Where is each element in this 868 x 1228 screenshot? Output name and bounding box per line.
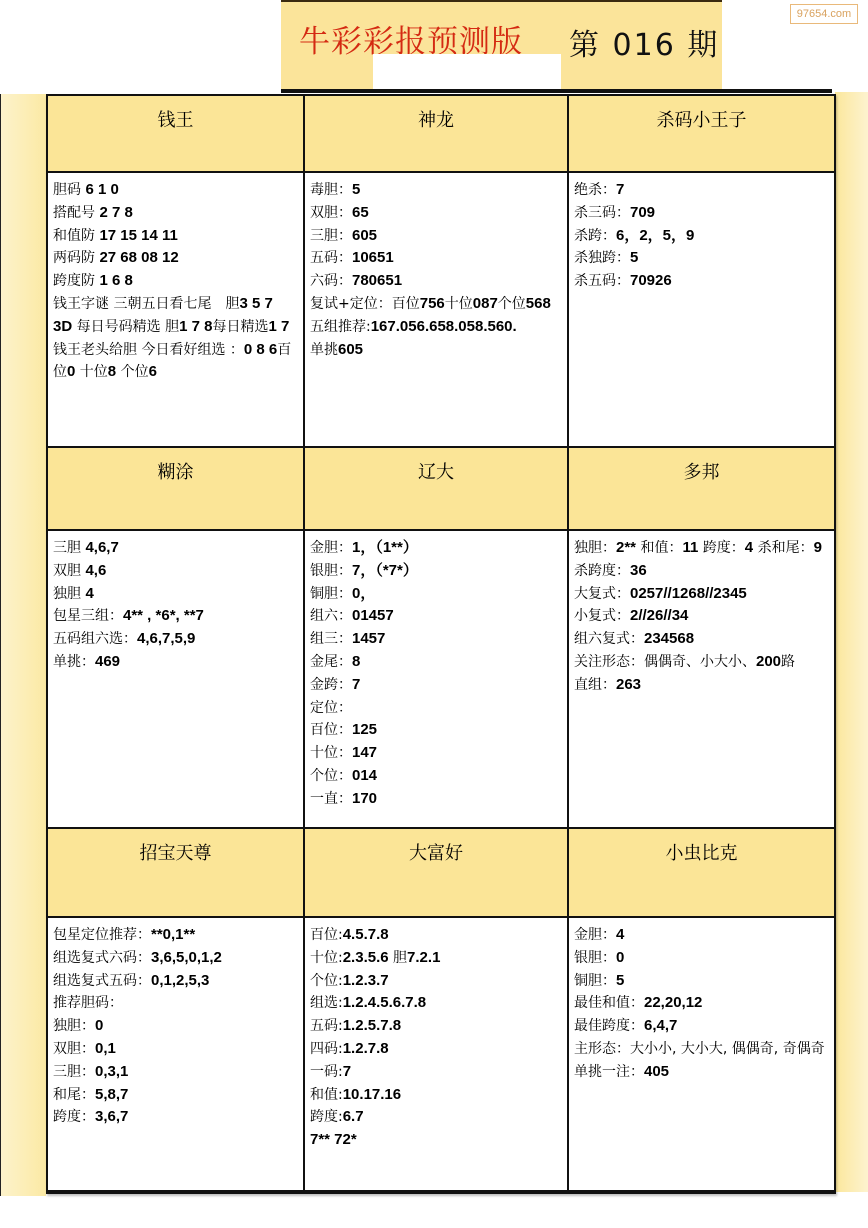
expert-predictions: 独胆：2** 和值：11 跨度：4 杀和尾：9 杀跨度：36大复式：0257//…	[569, 531, 834, 829]
prediction-label: 组选复式六码：	[53, 950, 151, 966]
prediction-value: 1.2.4.5.6.7.8	[343, 994, 426, 1011]
prediction-line: 四码:1.2.7.8	[310, 1038, 562, 1061]
prediction-line: 组选:1.2.4.5.6.7.8	[310, 992, 562, 1015]
prediction-label: 绝杀：	[574, 182, 616, 198]
prediction-line: 双胆：65	[310, 202, 562, 225]
prediction-value: 1 7 8	[179, 318, 212, 335]
prediction-label: 个位	[498, 296, 526, 312]
prediction-label: 跨度防	[53, 273, 99, 289]
prediction-value: 605	[352, 227, 377, 244]
prediction-line: 跨度:6.7	[310, 1106, 562, 1129]
prediction-line: 和值:10.17.16	[310, 1084, 562, 1107]
expert-name-header: 神龙	[305, 96, 569, 173]
prediction-line: 杀五码：70926	[574, 270, 829, 293]
prediction-value: 8	[352, 653, 360, 670]
prediction-label: 五码组六选：	[53, 631, 137, 647]
prediction-label: 金尾：	[310, 654, 352, 670]
prediction-label: 双胆：	[310, 205, 352, 221]
prediction-label: 百位:	[310, 927, 343, 943]
prediction-label: 组六复式：	[574, 631, 644, 647]
left-edge-line	[0, 94, 1, 1196]
header-divider	[281, 89, 832, 93]
prediction-line: 最佳跨度：6,4,7	[574, 1015, 829, 1038]
prediction-line: 组三：1457	[310, 628, 562, 651]
prediction-label: 钱王老头给胆 今日看好组选 ：	[53, 342, 244, 358]
prediction-label: 跨度:	[310, 1109, 343, 1125]
prediction-value: 7** 72*	[310, 1131, 357, 1148]
prediction-line: 双胆：0,1	[53, 1038, 298, 1061]
expert-name-header: 招宝天尊	[48, 829, 305, 918]
prediction-line: 独胆：2** 和值：11 跨度：4 杀和尾：9 杀跨度：36	[574, 537, 829, 583]
prediction-line: 百位:4.5.7.8	[310, 924, 562, 947]
prediction-label: 直组：	[574, 677, 616, 693]
prediction-line: 组选复式五码：0,1,2,5,3	[53, 970, 298, 993]
prediction-line: 双胆 4,6	[53, 560, 298, 583]
prediction-line: 银胆：7，（*7*）	[310, 560, 562, 583]
prediction-line: 组选复式六码：3,6,5,0,1,2	[53, 947, 298, 970]
prediction-line: 金胆：4	[574, 924, 829, 947]
prediction-line: 杀独跨：5	[574, 247, 829, 270]
prediction-line: 单挑一注：405	[574, 1061, 829, 1084]
prediction-value: 7	[343, 1063, 351, 1080]
prediction-label: 十位：	[310, 745, 352, 761]
prediction-label: 搭配号	[53, 205, 99, 221]
prediction-label: 铜胆：	[310, 586, 352, 602]
prediction-value: 2**	[616, 539, 636, 556]
page-header: 牛彩彩报预测版 第 016 期	[281, 0, 722, 92]
prediction-line: 杀跨：6，2，5，9	[574, 225, 829, 248]
prediction-label: 每日精选	[212, 319, 268, 335]
prediction-value: 5	[616, 972, 624, 989]
prediction-label: 一码:	[310, 1064, 343, 1080]
prediction-line: 金胆：1，（1**）	[310, 537, 562, 560]
prediction-label: 小复式：	[574, 608, 630, 624]
prediction-value: 65	[352, 204, 369, 221]
expert-predictions: 三胆 4,6,7双胆 4,6独胆 4包星三组：4** , *6*, **7五码组…	[48, 531, 305, 829]
prediction-value: 0,3,1	[95, 1063, 128, 1080]
prediction-value: **0,1**	[151, 926, 195, 943]
prediction-line: 五码：10651	[310, 247, 562, 270]
prediction-value: 4.5.7.8	[343, 926, 389, 943]
prediction-line: 单挑605	[310, 339, 562, 362]
prediction-label: 杀跨度：	[574, 563, 630, 579]
prediction-label: 包星三组：	[53, 608, 123, 624]
prediction-value: 9	[814, 539, 822, 556]
prediction-value: 4** , *6*, **7	[123, 607, 204, 624]
prediction-label: 定位：	[310, 700, 352, 716]
prediction-label: 主形态：大小小, 大小大, 偶偶奇, 奇偶奇	[574, 1041, 825, 1057]
prediction-value: 27 68 08 12	[99, 249, 178, 266]
prediction-label: 胆	[389, 950, 407, 966]
prediction-value: 5	[352, 181, 360, 198]
prediction-label: 一直：	[310, 791, 352, 807]
prediction-label: 独胆：	[53, 1018, 95, 1034]
prediction-value: 1 6 8	[99, 272, 132, 289]
prediction-value: 405	[644, 1063, 669, 1080]
prediction-label: 单挑	[310, 342, 338, 358]
prediction-label: 和值：	[636, 540, 682, 556]
prediction-label: 铜胆：	[574, 973, 616, 989]
prediction-line: 个位：014	[310, 765, 562, 788]
prediction-line: 小复式：2//26//34	[574, 605, 829, 628]
prediction-value: 147	[352, 744, 377, 761]
prediction-label: 最佳和值：	[574, 995, 644, 1011]
prediction-label: 三胆：	[310, 228, 352, 244]
prediction-label: 双胆：	[53, 1041, 95, 1057]
prediction-value: 014	[352, 767, 377, 784]
prediction-label: 跨度：	[53, 1109, 95, 1125]
prediction-line: 独胆 4	[53, 583, 298, 606]
prediction-label: 大复式：	[574, 586, 630, 602]
prediction-value: 10651	[352, 249, 394, 266]
prediction-value: 234568	[644, 630, 694, 647]
left-decor-strip	[0, 94, 46, 1196]
prediction-label: 和值防	[53, 228, 99, 244]
prediction-value: 7	[616, 181, 624, 198]
prediction-label: 六码：	[310, 273, 352, 289]
expert-name-header: 杀码小王子	[569, 96, 834, 173]
prediction-label: 金胆：	[574, 927, 616, 943]
prediction-value: 10.17.16	[343, 1086, 401, 1103]
prediction-line: 跨度防 1 6 8	[53, 270, 298, 293]
prediction-value: 6 1 0	[85, 181, 118, 198]
prediction-value: 709	[630, 204, 655, 221]
prediction-line: 独胆：0	[53, 1015, 298, 1038]
prediction-label: 独胆	[53, 586, 85, 602]
expert-name-header: 多邦	[569, 448, 834, 531]
prediction-label: 钱王字谜 三朝五日看七尾 胆	[53, 296, 239, 312]
prediction-line: 三胆 4,6,7	[53, 537, 298, 560]
prediction-label: 推荐胆码：	[53, 995, 123, 1011]
prediction-value: 3 5 7	[239, 295, 272, 312]
prediction-label: 十位	[75, 364, 107, 380]
prediction-label: 三胆	[53, 540, 85, 556]
prediction-label: 组三：	[310, 631, 352, 647]
prediction-label: 关注形态：偶偶奇、小大小、	[574, 654, 756, 670]
prediction-value: 568	[526, 295, 551, 312]
prediction-label: 胆码	[53, 182, 85, 198]
watermark: 97654.com	[790, 4, 858, 24]
prediction-value: 70926	[630, 272, 672, 289]
prediction-value: 0,1	[95, 1040, 116, 1057]
prediction-line: 五码组六选：4,6,7,5,9	[53, 628, 298, 651]
prediction-value: 6.7	[343, 1108, 364, 1125]
expert-predictions: 胆码 6 1 0搭配号 2 7 8和值防 17 15 14 11两码防 27 6…	[48, 173, 305, 448]
prediction-value: 263	[616, 676, 641, 693]
prediction-line: 铜胆：5	[574, 970, 829, 993]
prediction-line: 一直：170	[310, 788, 562, 811]
expert-predictions: 金胆：1，（1**）银胆：7，（*7*）铜胆：0，组六：01457组三：1457…	[305, 531, 569, 829]
prediction-value: 3D	[53, 318, 72, 335]
prediction-value: 200	[756, 653, 781, 670]
prediction-label: 两码防	[53, 250, 99, 266]
prediction-value: 5,8,7	[95, 1086, 128, 1103]
prediction-value: 1 7	[268, 318, 289, 335]
prediction-value: 0，	[352, 585, 375, 602]
prediction-label: 杀三码：	[574, 205, 630, 221]
prediction-label: 银胆：	[310, 563, 352, 579]
prediction-line: 3D 每日号码精选 胆1 7 8每日精选1 7	[53, 316, 298, 339]
prediction-line: 和值防 17 15 14 11	[53, 225, 298, 248]
prediction-label: 组六：	[310, 608, 352, 624]
expert-name-header: 钱王	[48, 96, 305, 173]
prediction-label: 十位	[445, 296, 473, 312]
prediction-value: 3,6,5,0,1,2	[151, 949, 222, 966]
prediction-value: 7.2.1	[407, 949, 440, 966]
prediction-line: 金尾：8	[310, 651, 562, 674]
prediction-value: 605	[338, 341, 363, 358]
prediction-line: 包星三组：4** , *6*, **7	[53, 605, 298, 628]
prediction-line: 组六：01457	[310, 605, 562, 628]
expert-predictions: 绝杀：7杀三码：709杀跨：6，2，5，9杀独跨：5杀五码：70926	[569, 173, 834, 448]
prediction-value: 469	[95, 653, 120, 670]
prediction-label: 银胆：	[574, 950, 616, 966]
prediction-label: 跨度：	[698, 540, 744, 556]
prediction-line: 百位：125	[310, 719, 562, 742]
prediction-line: 关注形态：偶偶奇、小大小、200路	[574, 651, 829, 674]
prediction-label: 四码:	[310, 1041, 343, 1057]
expert-name-header: 大富好	[305, 829, 569, 918]
prediction-label: 个位：	[310, 768, 352, 784]
prediction-line: 直组：263	[574, 674, 829, 697]
prediction-line: 杀三码：709	[574, 202, 829, 225]
prediction-line: 五码:1.2.5.7.8	[310, 1015, 562, 1038]
prediction-line: 三胆：605	[310, 225, 562, 248]
prediction-value: 756	[420, 295, 445, 312]
prediction-line: 十位:2.3.5.6 胆7.2.1	[310, 947, 562, 970]
prediction-line: 胆码 6 1 0	[53, 179, 298, 202]
prediction-label: 五码：	[310, 250, 352, 266]
prediction-value: 7	[352, 676, 360, 693]
prediction-label: 复试+定位：百位	[310, 296, 420, 312]
prediction-label: 组选复式五码：	[53, 973, 151, 989]
prediction-value: 0,1,2,5,3	[151, 972, 209, 989]
prediction-label: 百位：	[310, 722, 352, 738]
prediction-value: 6,4,7	[644, 1017, 677, 1034]
prediction-value: 4,6,7	[85, 539, 118, 556]
prediction-label: 单挑：	[53, 654, 95, 670]
prediction-value: 01457	[352, 607, 394, 624]
prediction-line: 和尾：5,8,7	[53, 1084, 298, 1107]
prediction-line: 单挑：469	[53, 651, 298, 674]
prediction-value: 6	[149, 363, 157, 380]
prediction-line: 个位:1.2.3.7	[310, 970, 562, 993]
prediction-label: 双胆	[53, 563, 85, 579]
prediction-value: 17 15 14 11	[99, 227, 177, 244]
prediction-label: 杀跨：	[574, 228, 616, 244]
prediction-label: 独胆：	[574, 540, 616, 556]
prediction-line: 六码：780651	[310, 270, 562, 293]
prediction-label: 组选:	[310, 995, 343, 1011]
prediction-label: 和尾：	[53, 1087, 95, 1103]
prediction-label: 五码:	[310, 1018, 343, 1034]
prediction-label: 金跨：	[310, 677, 352, 693]
header-blank-patch	[373, 54, 561, 91]
prediction-label: 金胆：	[310, 540, 352, 556]
prediction-label: 个位:	[310, 973, 343, 989]
expert-name-header: 糊涂	[48, 448, 305, 531]
prediction-value: 087	[473, 295, 498, 312]
prediction-value: 1457	[352, 630, 385, 647]
prediction-label: 包星定位推荐：	[53, 927, 151, 943]
prediction-value: 125	[352, 721, 377, 738]
prediction-value: 1，（1**）	[352, 539, 418, 556]
prediction-line: 五组推荐:167.056.658.058.560.	[310, 316, 562, 339]
issue-number: 第 016 期	[569, 20, 719, 64]
prediction-line: 毒胆：5	[310, 179, 562, 202]
prediction-label: 单挑一注：	[574, 1064, 644, 1080]
prediction-line: 金跨：7	[310, 674, 562, 697]
prediction-line: 复试+定位：百位756十位087个位568	[310, 293, 562, 316]
prediction-value: 170	[352, 790, 377, 807]
prediction-value: 4,6,7,5,9	[137, 630, 195, 647]
prediction-line: 7** 72*	[310, 1129, 562, 1152]
prediction-label: 三胆：	[53, 1064, 95, 1080]
prediction-value: 2//26//34	[630, 607, 688, 624]
prediction-label: 杀独跨：	[574, 250, 630, 266]
expert-predictions: 金胆：4银胆：0铜胆：5最佳和值：22,20,12最佳跨度：6,4,7主形态：大…	[569, 918, 834, 1190]
expert-name-header: 小虫比克	[569, 829, 834, 918]
prediction-line: 一码:7	[310, 1061, 562, 1084]
prediction-value: 2.3.5.6	[343, 949, 389, 966]
prediction-label: 杀五码：	[574, 273, 630, 289]
prediction-value: 7，（*7*）	[352, 562, 418, 579]
prediction-value: 3,6,7	[95, 1108, 128, 1125]
expert-predictions: 包星定位推荐：**0,1**组选复式六码：3,6,5,0,1,2组选复式五码：0…	[48, 918, 305, 1190]
prediction-label: 和值:	[310, 1087, 343, 1103]
prediction-line: 三胆：0,3,1	[53, 1061, 298, 1084]
prediction-line: 大复式：0257//1268//2345	[574, 583, 829, 606]
prediction-line: 钱王老头给胆 今日看好组选 ：0 8 6百位0 十位8 个位6	[53, 339, 298, 385]
prediction-value: 780651	[352, 272, 402, 289]
prediction-value: 167.056.658.058.560.	[371, 318, 517, 335]
prediction-table: 钱王神龙杀码小王子胆码 6 1 0搭配号 2 7 8和值防 17 15 14 1…	[46, 94, 836, 1194]
prediction-line: 推荐胆码：	[53, 992, 298, 1015]
prediction-label: 五组推荐:	[310, 319, 371, 335]
prediction-value: 11	[682, 539, 698, 556]
prediction-value: 2 7 8	[99, 204, 132, 221]
prediction-value: 0	[95, 1017, 103, 1034]
prediction-value: 1.2.3.7	[343, 972, 389, 989]
prediction-value: 4	[616, 926, 624, 943]
prediction-value: 8	[108, 363, 116, 380]
prediction-value: 1.2.7.8	[343, 1040, 389, 1057]
prediction-line: 定位：	[310, 697, 562, 720]
prediction-line: 最佳和值：22,20,12	[574, 992, 829, 1015]
prediction-line: 铜胆：0，	[310, 583, 562, 606]
prediction-value: 4,6	[85, 562, 106, 579]
prediction-line: 两码防 27 68 08 12	[53, 247, 298, 270]
prediction-line: 绝杀：7	[574, 179, 829, 202]
prediction-label: 路	[781, 654, 795, 670]
prediction-value: 4	[745, 539, 753, 556]
prediction-label: 个位	[116, 364, 148, 380]
prediction-line: 十位：147	[310, 742, 562, 765]
prediction-line: 银胆：0	[574, 947, 829, 970]
right-decor-strip	[835, 92, 868, 1192]
prediction-value: 4	[85, 585, 93, 602]
prediction-value: 0257//1268//2345	[630, 585, 747, 602]
prediction-value: 5	[630, 249, 638, 266]
prediction-label: 每日号码精选 胆	[72, 319, 179, 335]
expert-predictions: 毒胆：5双胆：65三胆：605五码：10651六码：780651复试+定位：百位…	[305, 173, 569, 448]
prediction-value: 0	[616, 949, 624, 966]
prediction-line: 包星定位推荐：**0,1**	[53, 924, 298, 947]
prediction-label: 毒胆：	[310, 182, 352, 198]
expert-name-header: 辽大	[305, 448, 569, 531]
prediction-line: 主形态：大小小, 大小大, 偶偶奇, 奇偶奇	[574, 1038, 829, 1061]
prediction-line: 跨度：3,6,7	[53, 1106, 298, 1129]
prediction-value: 0 8 6	[244, 341, 277, 358]
prediction-label: 最佳跨度：	[574, 1018, 644, 1034]
prediction-label: 十位:	[310, 950, 343, 966]
prediction-value: 6，2，5，9	[616, 227, 694, 244]
prediction-line: 搭配号 2 7 8	[53, 202, 298, 225]
prediction-line: 钱王字谜 三朝五日看七尾 胆3 5 7	[53, 293, 298, 316]
expert-predictions: 百位:4.5.7.8十位:2.3.5.6 胆7.2.1个位:1.2.3.7组选:…	[305, 918, 569, 1190]
prediction-value: 36	[630, 562, 647, 579]
prediction-value: 1.2.5.7.8	[343, 1017, 401, 1034]
prediction-value: 22,20,12	[644, 994, 702, 1011]
prediction-label: 杀和尾：	[753, 540, 813, 556]
prediction-line: 组六复式：234568	[574, 628, 829, 651]
